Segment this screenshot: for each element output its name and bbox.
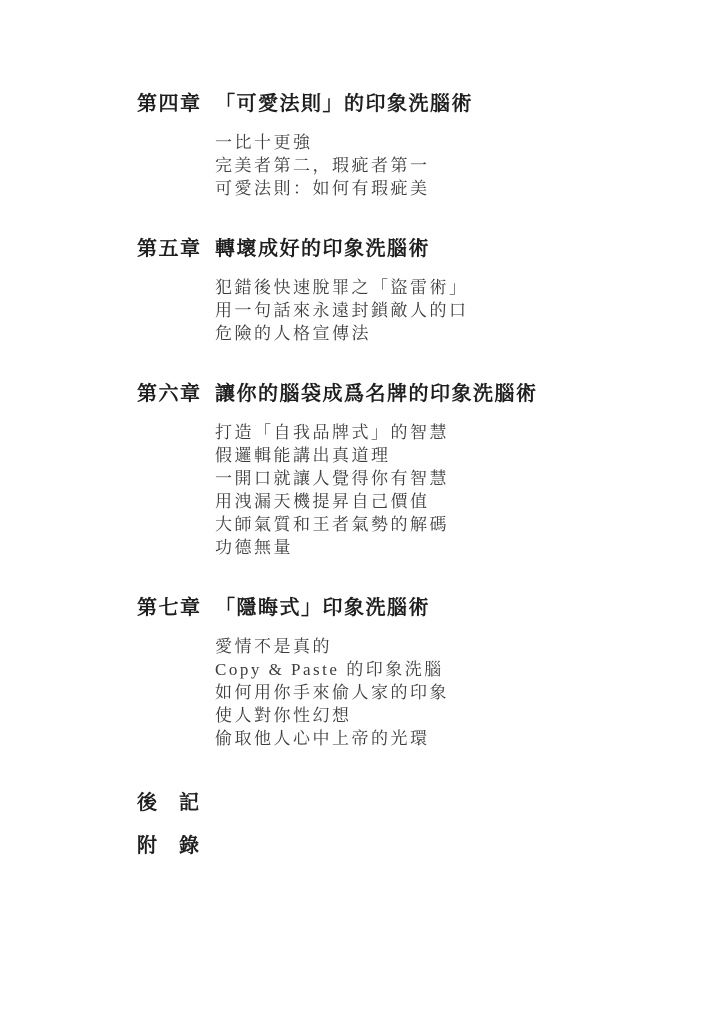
- toc-item: 犯錯後快速脫罪之「盜雷術」: [215, 276, 657, 299]
- toc-item: 完美者第二，瑕疵者第一: [215, 154, 657, 177]
- book-page: 第四章「可愛法則」的印象洗腦術一比十更強完美者第二，瑕疵者第一可愛法則：如何有瑕…: [0, 0, 724, 1024]
- chapter-heading: 第七章「隱晦式」印象洗腦術: [137, 595, 657, 621]
- chapter-title: 「隱晦式」印象洗腦術: [215, 595, 657, 621]
- toc-item: 大師氣質和王者氣勢的解碼: [215, 513, 657, 536]
- chapter-section: 第四章「可愛法則」的印象洗腦術一比十更強完美者第二，瑕疵者第一可愛法則：如何有瑕…: [137, 91, 657, 200]
- toc-item: 偷取他人心中上帝的光環: [215, 727, 657, 750]
- chapter-label: 第六章: [137, 381, 215, 407]
- chapter-heading: 第六章讓你的腦袋成爲名牌的印象洗腦術: [137, 381, 657, 407]
- toc-item: 危險的人格宣傳法: [215, 322, 657, 345]
- chapter-section: 第六章讓你的腦袋成爲名牌的印象洗腦術打造「自我品牌式」的智慧假邏輯能講出真道理一…: [137, 381, 657, 559]
- chapter-items: 愛情不是真的Copy & Paste 的印象洗腦如何用你手來偷人家的印象使人對你…: [215, 635, 657, 750]
- chapter-label: 第五章: [137, 236, 215, 262]
- toc-item: 一開口就讓人覺得你有智慧: [215, 467, 657, 490]
- chapter-heading: 第五章轉壞成好的印象洗腦術: [137, 236, 657, 262]
- table-of-contents: 第四章「可愛法則」的印象洗腦術一比十更強完美者第二，瑕疵者第一可愛法則：如何有瑕…: [137, 91, 657, 876]
- toc-item: 使人對你性幻想: [215, 704, 657, 727]
- chapter-title: 轉壞成好的印象洗腦術: [215, 236, 657, 262]
- toc-item: 打造「自我品牌式」的智慧: [215, 421, 657, 444]
- chapter-title: 「可愛法則」的印象洗腦術: [215, 91, 657, 117]
- chapter-items: 打造「自我品牌式」的智慧假邏輯能講出真道理一開口就讓人覺得你有智慧用洩漏天機提昇…: [215, 421, 657, 559]
- chapter-section: 第五章轉壞成好的印象洗腦術犯錯後快速脫罪之「盜雷術」用一句話來永遠封鎖敵人的口危…: [137, 236, 657, 345]
- chapter-heading: 第四章「可愛法則」的印象洗腦術: [137, 91, 657, 117]
- back-matter-entry: 後 記: [137, 790, 657, 816]
- toc-item: Copy & Paste 的印象洗腦: [215, 658, 657, 681]
- back-matter-entry: 附 錄: [137, 833, 657, 859]
- toc-item: 功德無量: [215, 536, 657, 559]
- toc-item: 一比十更強: [215, 131, 657, 154]
- toc-item: 愛情不是真的: [215, 635, 657, 658]
- chapter-label: 第七章: [137, 595, 215, 621]
- chapter-items: 犯錯後快速脫罪之「盜雷術」用一句話來永遠封鎖敵人的口危險的人格宣傳法: [215, 276, 657, 345]
- chapter-section: 第七章「隱晦式」印象洗腦術愛情不是真的Copy & Paste 的印象洗腦如何用…: [137, 595, 657, 750]
- chapter-title: 讓你的腦袋成爲名牌的印象洗腦術: [215, 381, 657, 407]
- chapter-label: 第四章: [137, 91, 215, 117]
- toc-item: 用一句話來永遠封鎖敵人的口: [215, 299, 657, 322]
- chapter-items: 一比十更強完美者第二，瑕疵者第一可愛法則：如何有瑕疵美: [215, 131, 657, 200]
- toc-item: 假邏輯能講出真道理: [215, 444, 657, 467]
- back-matter: 後 記附 錄: [137, 790, 657, 859]
- toc-item: 可愛法則：如何有瑕疵美: [215, 177, 657, 200]
- toc-item: 用洩漏天機提昇自己價值: [215, 490, 657, 513]
- toc-item: 如何用你手來偷人家的印象: [215, 681, 657, 704]
